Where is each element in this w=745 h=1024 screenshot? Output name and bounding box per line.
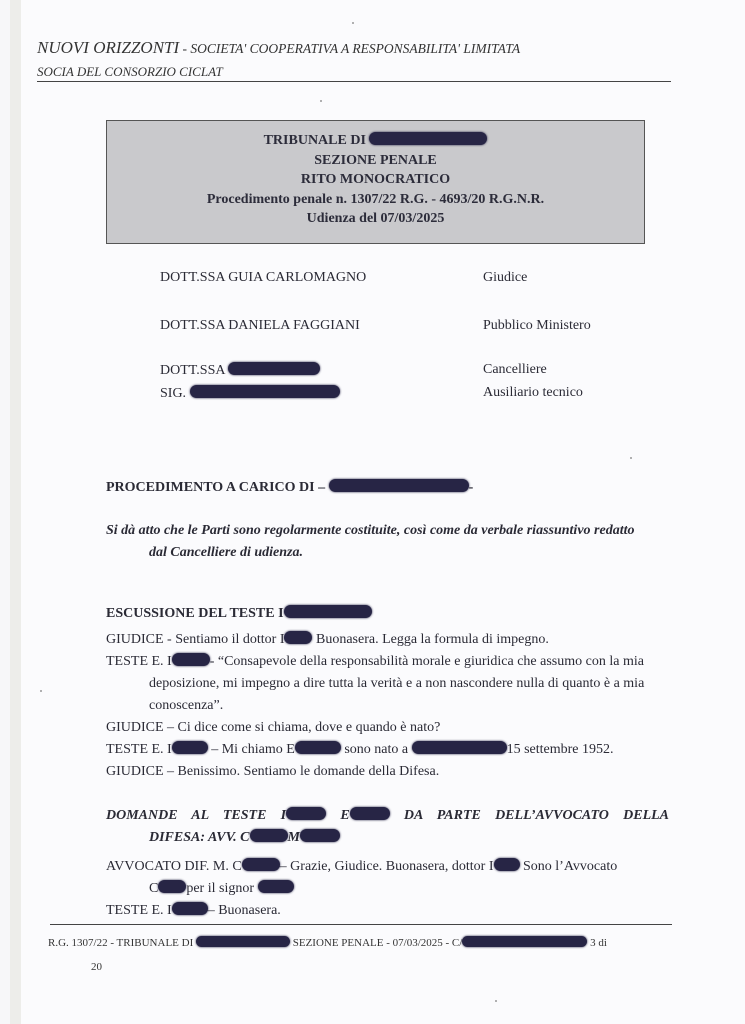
header-divider xyxy=(37,81,671,82)
transcript-line: AVVOCATO DIF. M. C– Grazie, Giudice. Buo… xyxy=(106,856,669,878)
redaction-mark xyxy=(196,936,290,947)
hearing-date: Udienza del 07/03/2025 xyxy=(107,209,644,229)
company-description: - SOCIETA' COOPERATIVA A RESPONSABILITA'… xyxy=(179,41,520,56)
redaction-mark xyxy=(462,936,587,947)
scan-speck xyxy=(495,1000,497,1002)
redaction-mark xyxy=(158,880,186,893)
court-info-box: TRIBUNALE DI SEZIONE PENALE RITO MONOCRA… xyxy=(106,120,645,244)
redaction-mark xyxy=(172,902,208,915)
scan-speck xyxy=(630,457,632,459)
defense-heading: DOMANDE AL TESTE I E DA PARTE DELL’AVVOC… xyxy=(106,805,669,849)
page-footer: R.G. 1307/22 - TRIBUNALE DI SEZIONE PENA… xyxy=(48,936,607,949)
redaction-mark xyxy=(329,479,469,492)
redaction-mark xyxy=(258,880,294,893)
transcript-line: GIUDICE – Ci dice come si chiama, dove e… xyxy=(106,717,669,739)
participant-role: Pubblico Ministero xyxy=(483,318,591,334)
defense-transcript: AVVOCATO DIF. M. C– Grazie, Giudice. Buo… xyxy=(106,856,669,922)
redaction-mark xyxy=(172,653,210,666)
redaction-mark xyxy=(369,132,487,145)
court-name: TRIBUNALE DI xyxy=(107,131,644,151)
redaction-mark xyxy=(228,362,320,375)
participant-role: Giudice xyxy=(483,270,527,286)
scan-speck xyxy=(352,22,354,24)
participant-name: DOTT.SSA xyxy=(160,362,320,379)
court-section: SEZIONE PENALE xyxy=(107,151,644,171)
redaction-mark xyxy=(295,741,341,754)
participant-name: DOTT.SSA DANIELA FAGGIANI xyxy=(160,318,360,334)
scan-speck xyxy=(40,690,42,692)
redaction-mark xyxy=(190,385,340,398)
redaction-mark xyxy=(284,631,312,644)
footer-divider xyxy=(50,924,672,925)
page-number-total: 20 xyxy=(91,961,102,973)
transcript-line: TESTE E. I- “Consapevole della responsab… xyxy=(106,651,669,673)
redaction-mark xyxy=(250,829,288,842)
redaction-mark xyxy=(412,741,507,754)
participant-name: SIG. xyxy=(160,385,340,402)
participant-name: DOTT.SSA GUIA CARLOMAGNO xyxy=(160,270,366,286)
redaction-mark xyxy=(494,858,520,871)
transcript-line: GIUDICE - Sentiamo il dottor I Buonasera… xyxy=(106,629,669,651)
redaction-mark xyxy=(286,807,326,820)
examination-heading: ESCUSSIONE DEL TESTE I xyxy=(106,605,372,622)
court-rite: RITO MONOCRATICO xyxy=(107,170,644,190)
case-number: Procedimento penale n. 1307/22 R.G. - 46… xyxy=(107,190,644,210)
transcript-line: TESTE E. I– Buonasera. xyxy=(106,900,669,922)
participant-role: Ausiliario tecnico xyxy=(483,385,583,401)
redaction-mark xyxy=(300,829,340,842)
examination-transcript: GIUDICE - Sentiamo il dottor I Buonasera… xyxy=(106,629,669,783)
scan-speck xyxy=(320,100,322,102)
redaction-mark xyxy=(242,858,280,871)
transcript-line: TESTE E. I – Mi chiamo E sono nato a 15 … xyxy=(106,739,669,761)
proceeding-note: Si dà atto che le Parti sono regolarment… xyxy=(106,520,669,564)
redaction-mark xyxy=(284,605,372,618)
proceeding-heading: PROCEDIMENTO A CARICO DI – - xyxy=(106,479,473,496)
redaction-mark xyxy=(350,807,390,820)
letterhead-title: NUOVI ORIZZONTI - SOCIETA' COOPERATIVA A… xyxy=(37,38,520,58)
transcript-line: GIUDICE – Benissimo. Sentiamo le domande… xyxy=(106,761,669,783)
redaction-mark xyxy=(172,741,208,754)
letterhead-subtitle: SOCIA DEL CONSORZIO CICLAT xyxy=(37,64,223,80)
participant-role: Cancelliere xyxy=(483,362,547,378)
company-name: NUOVI ORIZZONTI xyxy=(37,38,179,57)
